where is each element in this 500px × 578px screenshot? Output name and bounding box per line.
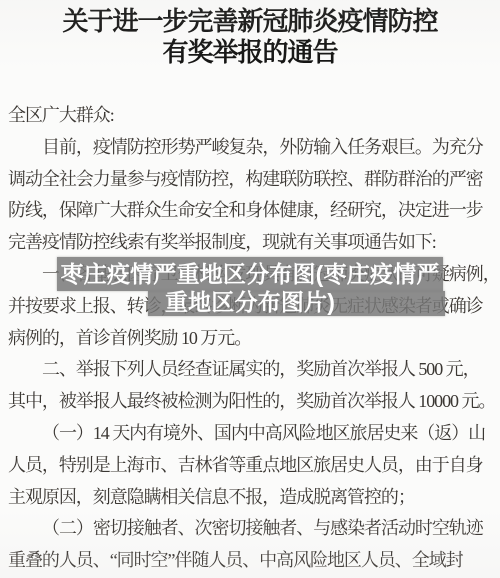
body-line: 防线，保障广大群众生命安全和身体健康，经研究，决定进一步	[8, 195, 496, 227]
body-line: （一）14 天内有境外、国内中高风险地区旅居史来（返）山	[8, 418, 496, 450]
body-line: 完善疫情防控线索有奖举报制度，现就有关事项通告如下:	[8, 227, 496, 259]
body-line: 病例的，首诊首例奖励 10 万元。	[8, 323, 496, 355]
body-line: （二）密切接触者、次密切接触者、与感染者活动时空轨迹	[8, 513, 496, 545]
page-title: 关于进一步完善新冠肺炎疫情防控 有奖举报的通告	[0, 6, 500, 68]
watermark-line-1: 枣庄疫情严重地区分布图(枣庄疫情严	[57, 258, 443, 291]
body-line: 二、举报下列人员经查证属实的，奖励首次举报人 500 元，	[8, 354, 496, 386]
title-line-1: 关于进一步完善新冠肺炎疫情防控	[0, 6, 500, 37]
body-text: 全区广大群众:目前，疫情防控形势严峻复杂，外防输入任务艰巨。为充分调动全社会力量…	[8, 100, 496, 577]
watermark-line-2: 重地区分布图片)	[57, 291, 443, 316]
body-line: 主观原因，刻意隐瞒相关信息不报，造成脱离管控的；	[8, 482, 496, 514]
body-line: 调动全社会力量参与疫情防控，构建联防联控、群防群治的严密	[8, 164, 496, 196]
body-line: 全区广大群众:	[8, 100, 496, 132]
body-line: 重叠的人员、“同时空”伴随人员、中高风险地区人员、全域封	[8, 545, 496, 577]
watermark-overlay: 枣庄疫情严重地区分布图(枣庄疫情严 重地区分布图片)	[57, 258, 443, 316]
body-line: 目前，疫情防控形势严峻复杂，外防输入任务艰巨。为充分	[8, 132, 496, 164]
body-line: 人员，特别是上海市、吉林省等重点地区旅居史人员，由于自身	[8, 450, 496, 482]
document-page: 关于进一步完善新冠肺炎疫情防控 有奖举报的通告 全区广大群众:目前，疫情防控形势…	[0, 0, 500, 578]
body-line: 其中，被举报人最终被检测为阳性的，奖励首次举报人 10000 元。	[8, 386, 496, 418]
title-line-2: 有奖举报的通告	[0, 37, 500, 68]
